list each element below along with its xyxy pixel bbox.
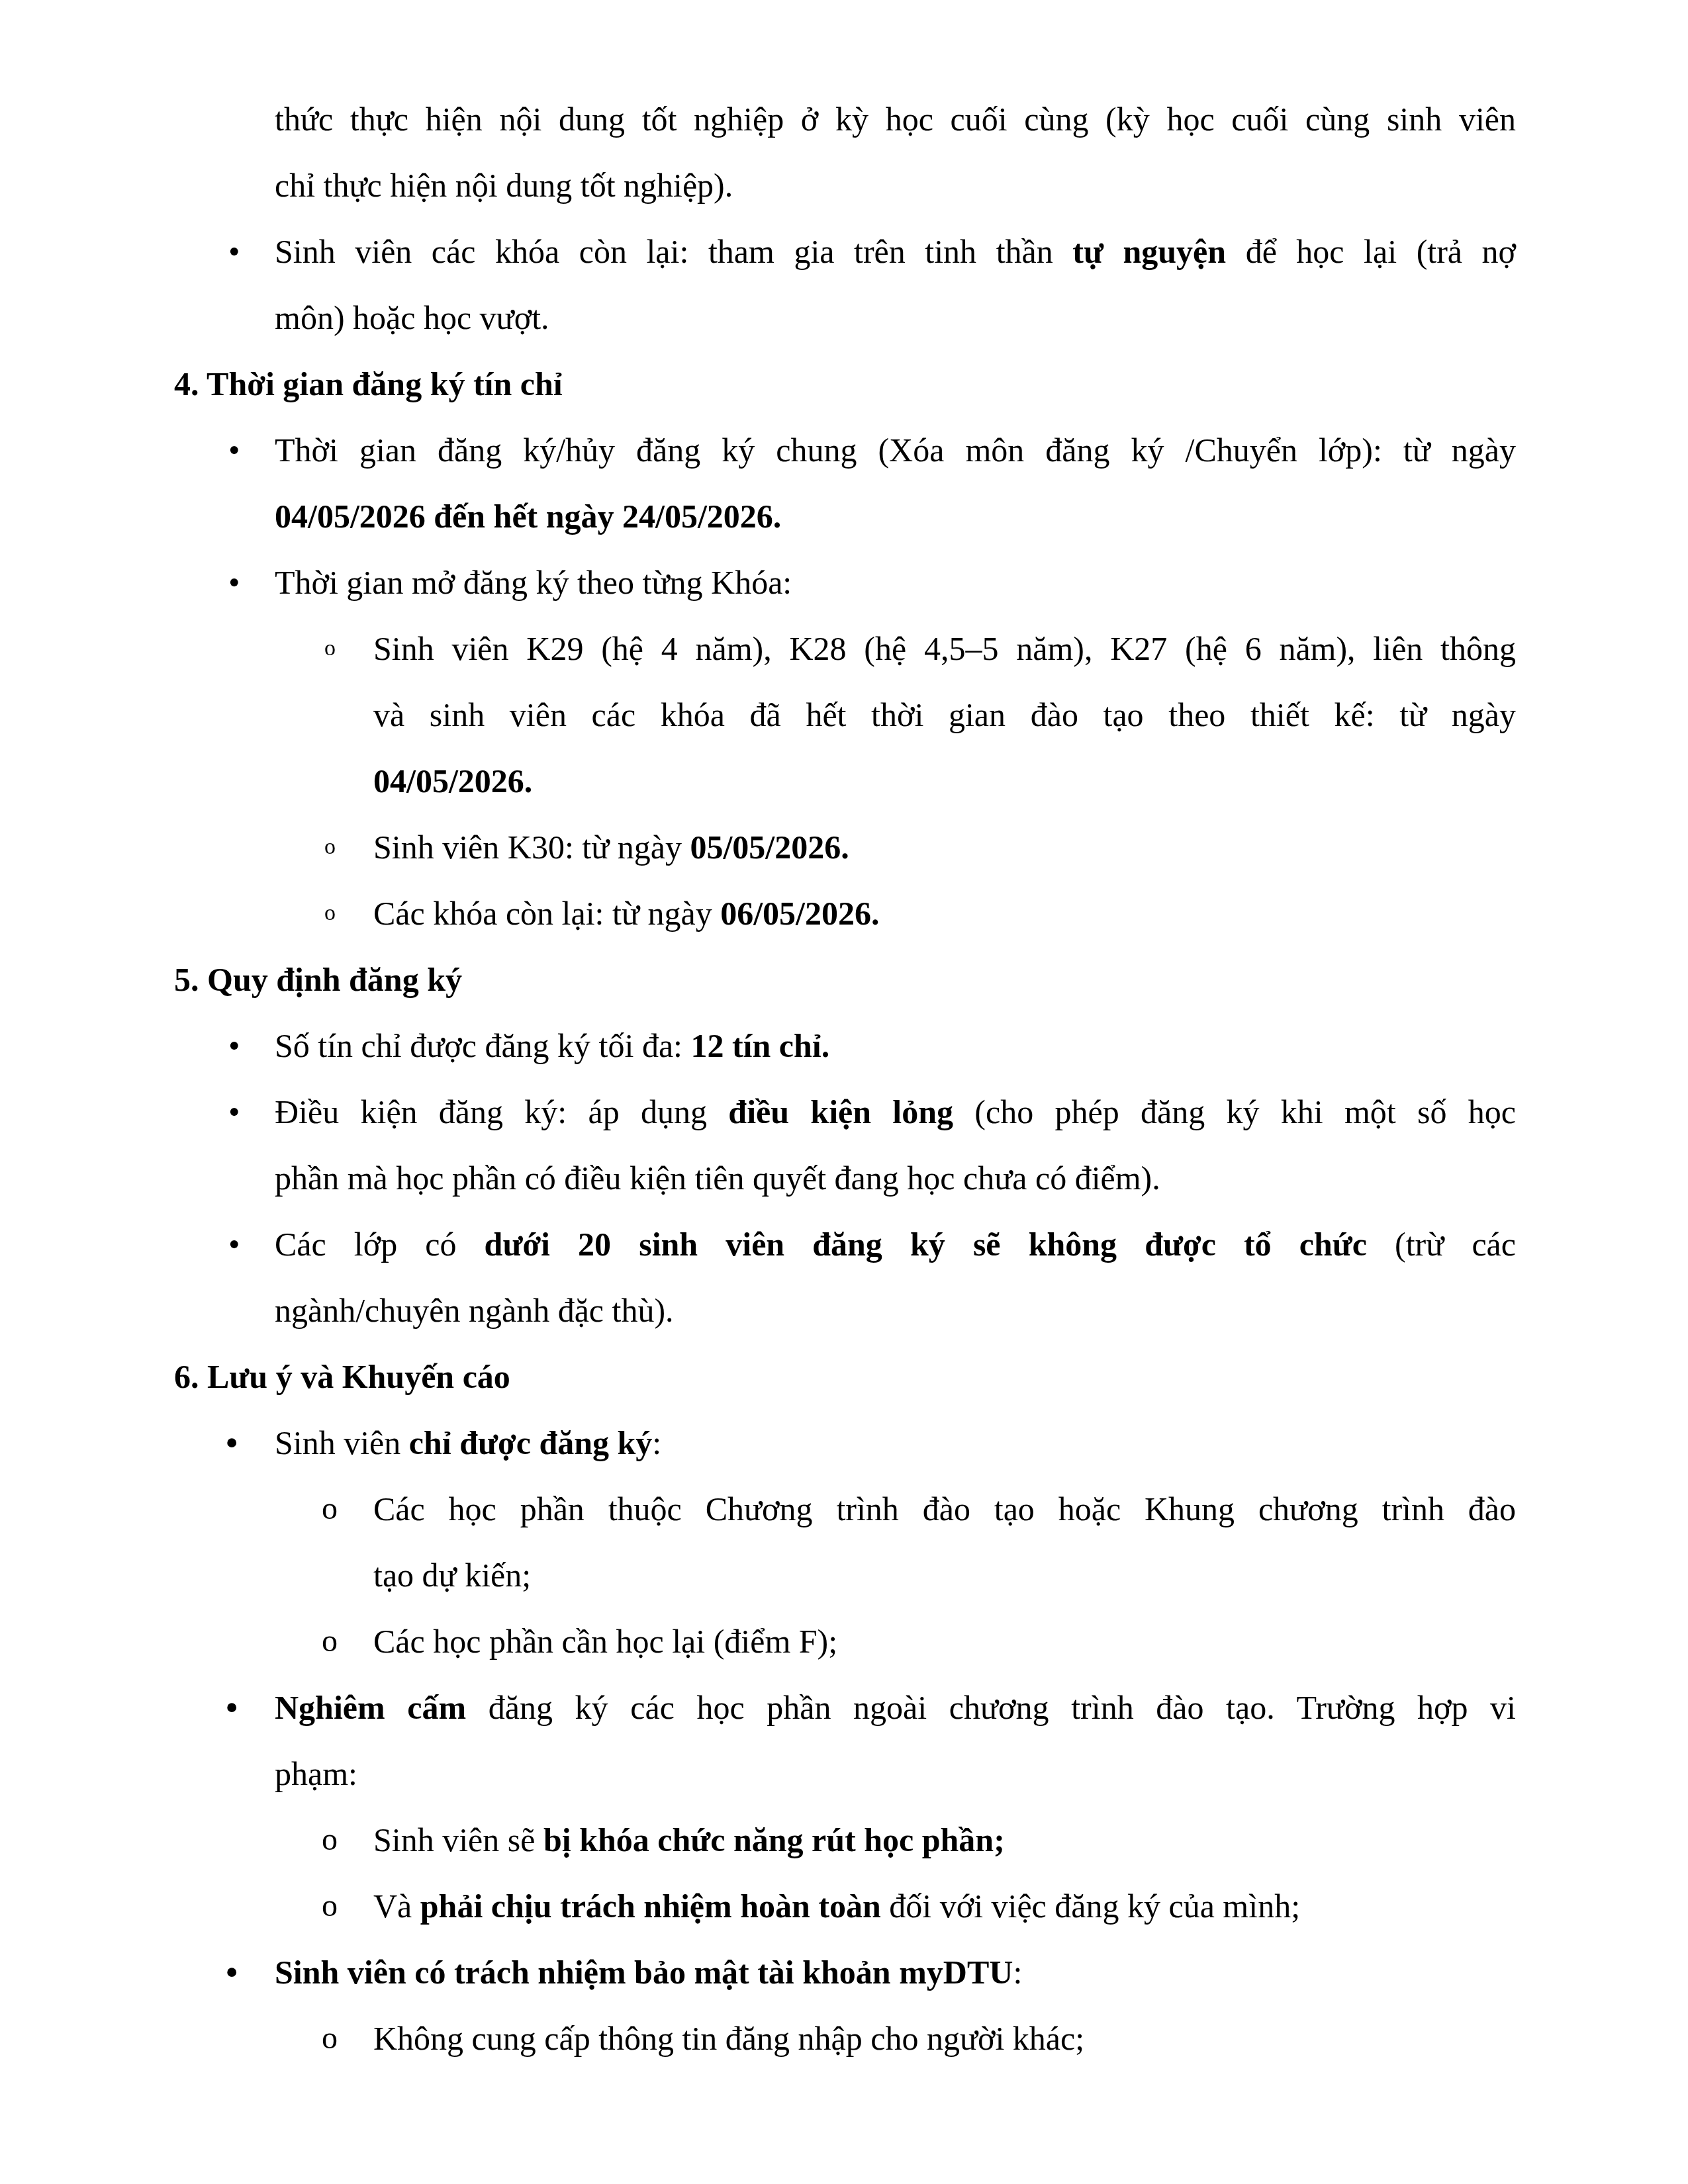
text-line: Và phải chịu trách nhiệm hoàn toàn đối v…	[373, 1886, 1516, 1926]
bold-text: 06/05/2026.	[720, 895, 879, 932]
text-run: Sinh viên sẽ	[373, 1821, 543, 1858]
bullet-icon: •	[225, 1423, 238, 1463]
text-run: :	[1013, 1954, 1022, 1991]
text-run: (cho phép đăng ký khi một số học	[953, 1093, 1516, 1130]
bullet-icon: •	[228, 1224, 240, 1264]
text-line: Điều kiện đăng ký: áp dụng điều kiện lỏn…	[275, 1092, 1516, 1132]
bullet-icon: •	[228, 563, 240, 602]
text-line: Sinh viên K30: từ ngày 05/05/2026.	[373, 827, 1516, 867]
text-line: Sinh viên có trách nhiệm bảo mật tài kho…	[275, 1952, 1516, 1992]
text-run: chỉ thực hiện nội dung tốt nghiệp).	[275, 167, 733, 204]
text-run: Thời gian đăng ký/hủy đăng ký chung (Xóa…	[275, 432, 1516, 469]
bold-text: 04/05/2026.	[373, 762, 532, 799]
text-line: Sinh viên K29 (hệ 4 năm), K28 (hệ 4,5–5 …	[373, 629, 1516, 668]
section-heading: 5. Quy định đăng ký	[174, 960, 462, 999]
text-run: Các học phần thuộc Chương trình đào tạo …	[373, 1490, 1516, 1527]
text-line: 04/05/2026 đến hết ngày 24/05/2026.	[275, 496, 1516, 536]
bold-text: phải chịu trách nhiệm hoàn toàn	[420, 1888, 881, 1925]
text-line: tạo dự kiến;	[373, 1555, 1516, 1595]
document-page: thức thực hiện nội dung tốt nghiệp ở kỳ …	[0, 0, 1688, 2184]
text-line: Các học phần cần học lại (điểm F);	[373, 1621, 1516, 1661]
section-heading: 4. Thời gian đăng ký tín chỉ	[174, 364, 563, 404]
bullet-icon: •	[228, 430, 240, 470]
text-run: đăng ký các học phần ngoài chương trình …	[466, 1689, 1516, 1726]
bold-text: bị khóa chức năng rút học phần;	[543, 1821, 1005, 1858]
sub-bullet-icon: o	[324, 629, 336, 668]
text-run: 5. Quy định đăng ký	[174, 961, 462, 998]
bullet-icon: •	[225, 1688, 238, 1727]
text-run: và sinh viên các khóa đã hết thời gian đ…	[373, 696, 1516, 733]
sub-bullet-icon: o	[324, 827, 336, 867]
text-run: Và	[373, 1888, 420, 1925]
text-line: Sinh viên chỉ được đăng ký:	[275, 1423, 1516, 1463]
text-run: (trừ các	[1367, 1226, 1516, 1263]
text-run: phạm:	[275, 1755, 357, 1792]
text-line: Thời gian mở đăng ký theo từng Khóa:	[275, 563, 1516, 602]
text-line: Số tín chỉ được đăng ký tối đa: 12 tín c…	[275, 1026, 1516, 1066]
text-line: Sinh viên các khóa còn lại: tham gia trê…	[275, 232, 1516, 271]
sub-bullet-icon: o	[322, 1820, 338, 1860]
text-run: Không cung cấp thông tin đăng nhập cho n…	[373, 2020, 1084, 2057]
text-run: Sinh viên K30: từ ngày	[373, 829, 690, 866]
text-line: Thời gian đăng ký/hủy đăng ký chung (Xóa…	[275, 430, 1516, 470]
bold-text: 05/05/2026.	[690, 829, 849, 866]
bold-text: 12 tín chỉ.	[690, 1027, 829, 1064]
bold-text: Nghiêm cấm	[275, 1689, 466, 1726]
bold-text: tự nguyện	[1072, 233, 1226, 270]
bullet-icon: •	[228, 232, 240, 271]
text-run: Sinh viên các khóa còn lại: tham gia trê…	[275, 233, 1072, 270]
sub-bullet-icon: o	[322, 1621, 338, 1661]
bold-text: chỉ được đăng ký	[409, 1424, 653, 1461]
text-run: 4. Thời gian đăng ký tín chỉ	[174, 365, 563, 402]
text-run: :	[652, 1424, 661, 1461]
text-line: Các khóa còn lại: từ ngày 06/05/2026.	[373, 893, 1516, 933]
text-run: để học lại (trả nợ	[1226, 233, 1516, 270]
text-line: Các học phần thuộc Chương trình đào tạo …	[373, 1489, 1516, 1529]
text-run: Sinh viên	[275, 1424, 409, 1461]
text-run: tạo dự kiến;	[373, 1557, 531, 1594]
text-run: môn) hoặc học vượt.	[275, 299, 549, 336]
sub-bullet-icon: o	[322, 2019, 338, 2058]
text-line: Các lớp có dưới 20 sinh viên đăng ký sẽ …	[275, 1224, 1516, 1264]
text-run: Sinh viên K29 (hệ 4 năm), K28 (hệ 4,5–5 …	[373, 630, 1516, 667]
bold-text: Sinh viên có trách nhiệm bảo mật tài kho…	[275, 1954, 1013, 1991]
text-line: môn) hoặc học vượt.	[275, 298, 1516, 338]
text-line: phần mà học phần có điều kiện tiên quyết…	[275, 1158, 1516, 1198]
text-line: chỉ thực hiện nội dung tốt nghiệp).	[275, 165, 1516, 205]
text-line: và sinh viên các khóa đã hết thời gian đ…	[373, 695, 1516, 735]
bold-text: dưới 20 sinh viên đăng ký sẽ không được …	[485, 1226, 1367, 1263]
bullet-icon: •	[228, 1092, 240, 1132]
text-run: Điều kiện đăng ký: áp dụng	[275, 1093, 728, 1130]
bullet-icon: •	[228, 1026, 240, 1066]
text-line: phạm:	[275, 1754, 1516, 1794]
text-run: đối với việc đăng ký của mình;	[881, 1888, 1300, 1925]
bullet-icon: •	[225, 1952, 238, 1992]
text-line: Không cung cấp thông tin đăng nhập cho n…	[373, 2019, 1516, 2058]
text-run: Các lớp có	[275, 1226, 485, 1263]
text-line: ngành/chuyên ngành đặc thù).	[275, 1291, 1516, 1330]
text-line: Sinh viên sẽ bị khóa chức năng rút học p…	[373, 1820, 1516, 1860]
text-run: Các học phần cần học lại (điểm F);	[373, 1623, 837, 1660]
text-line: Nghiêm cấm đăng ký các học phần ngoài ch…	[275, 1688, 1516, 1727]
bold-text: 04/05/2026 đến hết ngày 24/05/2026.	[275, 498, 781, 535]
text-run: Số tín chỉ được đăng ký tối đa:	[275, 1027, 690, 1064]
section-heading: 6. Lưu ý và Khuyến cáo	[174, 1357, 510, 1396]
text-run: ngành/chuyên ngành đặc thù).	[275, 1292, 674, 1329]
sub-bullet-icon: o	[322, 1886, 338, 1926]
sub-bullet-icon: o	[324, 893, 336, 933]
text-run: 6. Lưu ý và Khuyến cáo	[174, 1358, 510, 1395]
text-run: phần mà học phần có điều kiện tiên quyết…	[275, 1160, 1160, 1197]
sub-bullet-icon: o	[322, 1489, 338, 1529]
text-line: 04/05/2026.	[373, 761, 1516, 801]
text-run: Thời gian mở đăng ký theo từng Khóa:	[275, 564, 792, 601]
text-run: thức thực hiện nội dung tốt nghiệp ở kỳ …	[275, 101, 1516, 138]
text-line: thức thực hiện nội dung tốt nghiệp ở kỳ …	[275, 99, 1516, 139]
text-run: Các khóa còn lại: từ ngày	[373, 895, 720, 932]
bold-text: điều kiện lỏng	[728, 1093, 953, 1130]
